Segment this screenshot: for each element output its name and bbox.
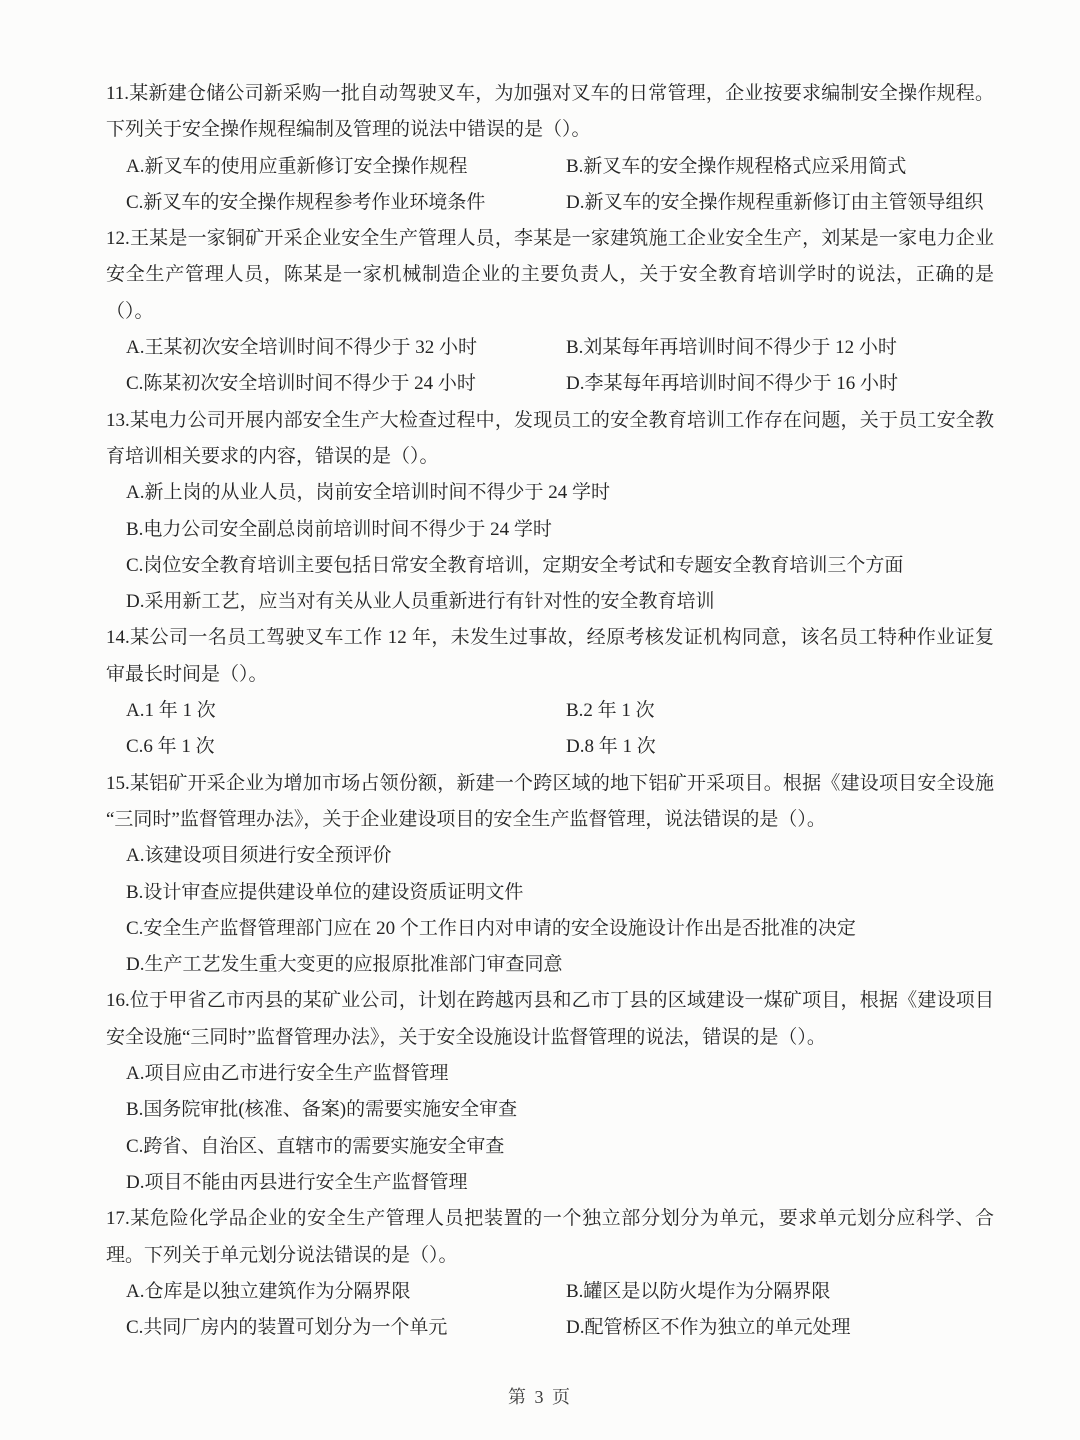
page-footer: 第 3 页 — [0, 1384, 1080, 1410]
question-11-option-b: B.新叉车的安全操作规程格式应采用简式 — [566, 149, 994, 185]
question-13-stem: 13.某电力公司开展内部安全生产大检查过程中，发现员工的安全教育培训工作存在问题… — [106, 403, 994, 476]
question-13: 13.某电力公司开展内部安全生产大检查过程中，发现员工的安全教育培训工作存在问题… — [106, 403, 994, 621]
question-15-options: A.该建设项目须进行安全预评价 B.设计审查应提供建设单位的建设资质证明文件 C… — [106, 838, 994, 983]
question-12-stem: 12.王某是一家铜矿开采企业安全生产管理人员，李某是一家建筑施工企业安全生产，刘… — [106, 221, 994, 330]
question-11-stem: 11.某新建仓储公司新采购一批自动驾驶叉车，为加强对叉车的日常管理，企业按要求编… — [106, 76, 994, 149]
question-14-option-d: D.8 年 1 次 — [566, 729, 994, 765]
question-13-option-b: B.电力公司安全副总岗前培训时间不得少于 24 学时 — [106, 512, 994, 548]
question-12: 12.王某是一家铜矿开采企业安全生产管理人员，李某是一家建筑施工企业安全生产，刘… — [106, 221, 994, 402]
question-16-option-c: C.跨省、自治区、直辖市的需要实施安全审查 — [106, 1129, 994, 1165]
question-12-options: A.王某初次安全培训时间不得少于 32 小时 B.刘某每年再培训时间不得少于 1… — [106, 330, 994, 403]
question-13-option-c: C.岗位安全教育培训主要包括日常安全教育培训，定期安全考试和专题安全教育培训三个… — [106, 548, 994, 584]
question-12-option-c: C.陈某初次安全培训时间不得少于 24 小时 — [106, 366, 566, 402]
question-12-option-d: D.李某每年再培训时间不得少于 16 小时 — [566, 366, 994, 402]
question-16-options: A.项目应由乙市进行安全生产监督管理 B.国务院审批(核准、备案)的需要实施安全… — [106, 1056, 994, 1201]
question-16-option-d: D.项目不能由丙县进行安全生产监督管理 — [106, 1165, 994, 1201]
question-17-stem: 17.某危险化学品企业的安全生产管理人员把装置的一个独立部分划分为单元，要求单元… — [106, 1201, 994, 1274]
question-16-option-a: A.项目应由乙市进行安全生产监督管理 — [106, 1056, 994, 1092]
question-17: 17.某危险化学品企业的安全生产管理人员把装置的一个独立部分划分为单元，要求单元… — [106, 1201, 994, 1346]
exam-paper-page: 11.某新建仓储公司新采购一批自动驾驶叉车，为加强对叉车的日常管理，企业按要求编… — [0, 0, 1080, 1440]
question-13-options: A.新上岗的从业人员，岗前安全培训时间不得少于 24 学时 B.电力公司安全副总… — [106, 475, 994, 620]
question-17-option-b: B.罐区是以防火堤作为分隔界限 — [566, 1274, 994, 1310]
question-15-option-c: C.安全生产监督管理部门应在 20 个工作日内对申请的安全设施设计作出是否批准的… — [106, 911, 994, 947]
question-16-option-b: B.国务院审批(核准、备案)的需要实施安全审查 — [106, 1092, 994, 1128]
question-16-stem: 16.位于甲省乙市丙县的某矿业公司，计划在跨越丙县和乙市丁县的区域建设一煤矿项目… — [106, 983, 994, 1056]
question-11: 11.某新建仓储公司新采购一批自动驾驶叉车，为加强对叉车的日常管理，企业按要求编… — [106, 76, 994, 221]
question-15-option-b: B.设计审查应提供建设单位的建设资质证明文件 — [106, 875, 994, 911]
question-17-option-d: D.配管桥区不作为独立的单元处理 — [566, 1310, 994, 1346]
question-14-option-b: B.2 年 1 次 — [566, 693, 994, 729]
question-11-options: A.新叉车的使用应重新修订安全操作规程 B.新叉车的安全操作规程格式应采用简式 … — [106, 149, 994, 222]
question-17-option-c: C.共同厂房内的装置可划分为一个单元 — [106, 1310, 566, 1346]
question-15: 15.某铝矿开采企业为增加市场占领份额，新建一个跨区域的地下铝矿开采项目。根据《… — [106, 766, 994, 984]
question-14-options: A.1 年 1 次 B.2 年 1 次 C.6 年 1 次 D.8 年 1 次 — [106, 693, 994, 766]
question-12-option-b: B.刘某每年再培训时间不得少于 12 小时 — [566, 330, 994, 366]
question-15-option-a: A.该建设项目须进行安全预评价 — [106, 838, 994, 874]
question-list: 11.某新建仓储公司新采购一批自动驾驶叉车，为加强对叉车的日常管理，企业按要求编… — [106, 76, 994, 1346]
question-11-option-c: C.新叉车的安全操作规程参考作业环境条件 — [106, 185, 566, 221]
question-13-option-d: D.采用新工艺，应当对有关从业人员重新进行有针对性的安全教育培训 — [106, 584, 994, 620]
page-number: 第 3 页 — [508, 1387, 572, 1407]
question-14-option-c: C.6 年 1 次 — [106, 729, 566, 765]
question-11-option-a: A.新叉车的使用应重新修订安全操作规程 — [106, 149, 566, 185]
question-15-stem: 15.某铝矿开采企业为增加市场占领份额，新建一个跨区域的地下铝矿开采项目。根据《… — [106, 766, 994, 839]
question-11-option-d: D.新叉车的安全操作规程重新修订由主管领导组织 — [566, 185, 994, 221]
question-14-stem: 14.某公司一名员工驾驶叉车工作 12 年，未发生过事故，经原考核发证机构同意，… — [106, 620, 994, 693]
question-14-option-a: A.1 年 1 次 — [106, 693, 566, 729]
question-12-option-a: A.王某初次安全培训时间不得少于 32 小时 — [106, 330, 566, 366]
question-17-options: A.仓库是以独立建筑作为分隔界限 B.罐区是以防火堤作为分隔界限 C.共同厂房内… — [106, 1274, 994, 1347]
question-13-option-a: A.新上岗的从业人员，岗前安全培训时间不得少于 24 学时 — [106, 475, 994, 511]
question-15-option-d: D.生产工艺发生重大变更的应报原批准部门审查同意 — [106, 947, 994, 983]
question-14: 14.某公司一名员工驾驶叉车工作 12 年，未发生过事故，经原考核发证机构同意，… — [106, 620, 994, 765]
question-16: 16.位于甲省乙市丙县的某矿业公司，计划在跨越丙县和乙市丁县的区域建设一煤矿项目… — [106, 983, 994, 1201]
question-17-option-a: A.仓库是以独立建筑作为分隔界限 — [106, 1274, 566, 1310]
